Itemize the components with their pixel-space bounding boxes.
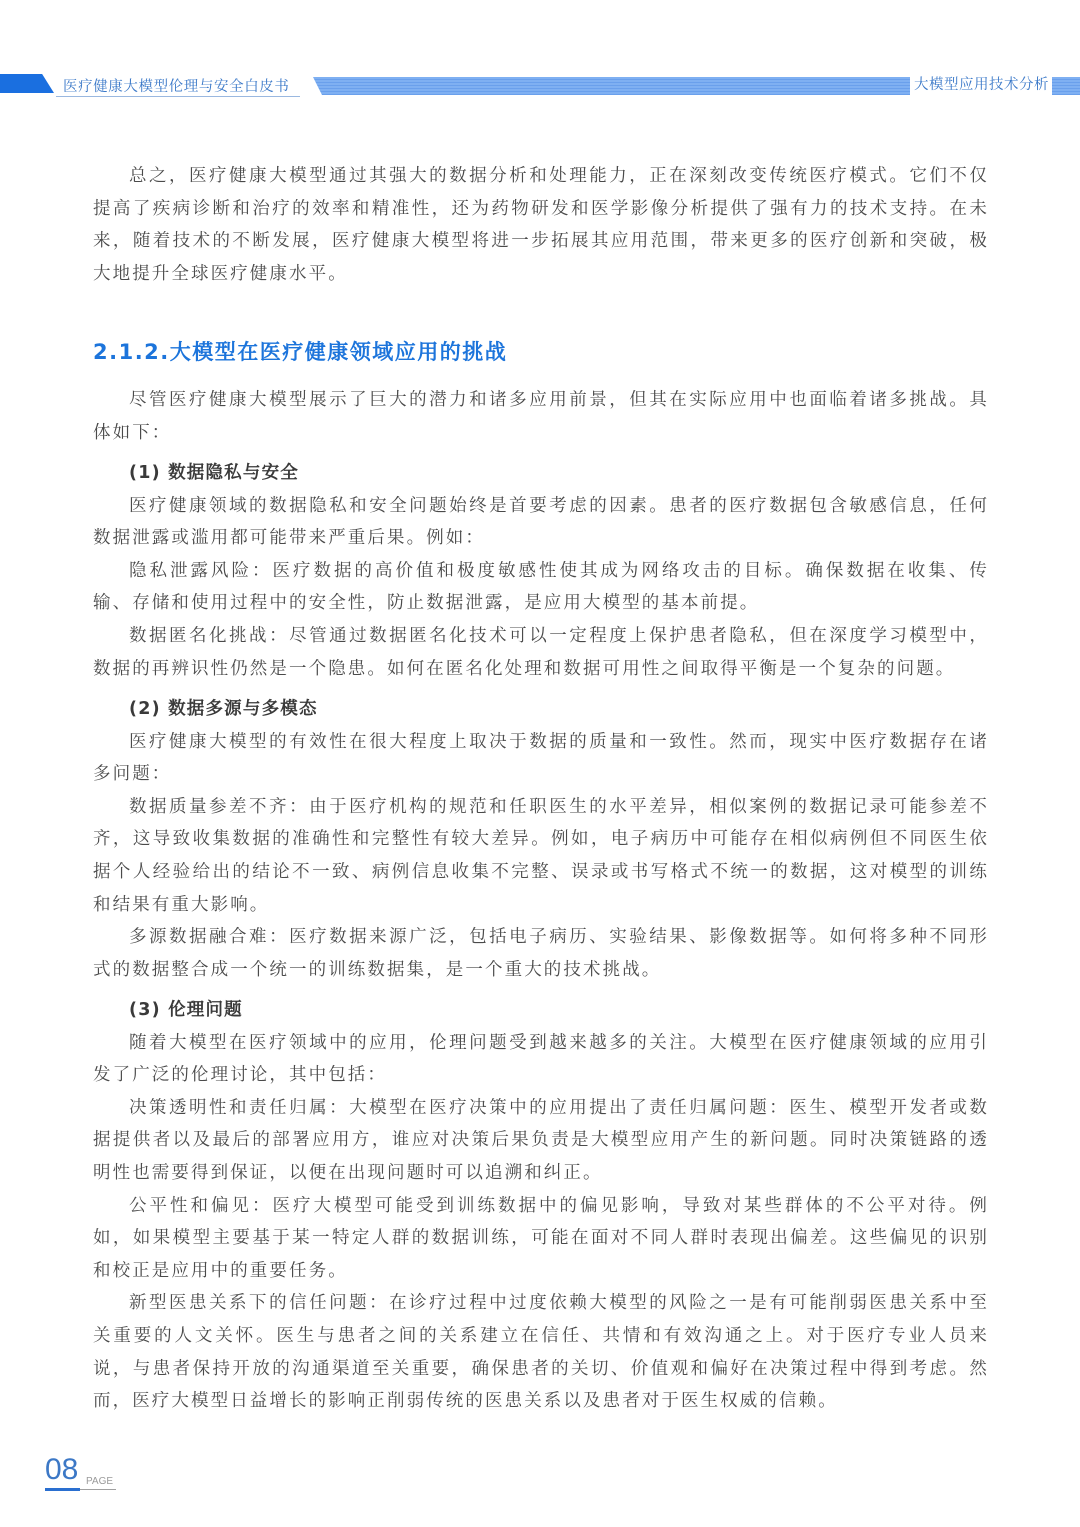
footer-underline-accent: [45, 1488, 80, 1491]
section-intro-paragraph: 尽管医疗健康大模型展示了巨大的潜力和诸多应用前景，但其在实际应用中也面临着诸多挑…: [93, 384, 989, 449]
body-paragraph: 公平性和偏见：医疗大模型可能受到训练数据中的偏见影响，导致对某些群体的不公平对待…: [93, 1190, 989, 1288]
body-paragraph: 多源数据融合难：医疗数据来源广泛，包括电子病历、实验结果、影像数据等。如何将多种…: [93, 921, 989, 986]
page-label: PAGE: [86, 1476, 113, 1487]
subsection-ethics: (3) 伦理问题 随着大模型在医疗领域中的应用，伦理问题受到越来越多的关注。大模…: [93, 994, 989, 1418]
intro-block: 总之，医疗健康大模型通过其强大的数据分析和处理能力，正在深刻改变传统医疗模式。它…: [93, 160, 989, 290]
body-paragraph: 医疗健康领域的数据隐私和安全问题始终是首要考虑的因素。患者的医疗数据包含敏感信息…: [93, 490, 989, 555]
body-paragraph: 隐私泄露风险：医疗数据的高价值和极度敏感性使其成为网络攻击的目标。确保数据在收集…: [93, 555, 989, 620]
page-header: 医疗健康大模型伦理与安全白皮书 大模型应用技术分析: [0, 72, 1080, 102]
intro-paragraph: 总之，医疗健康大模型通过其强大的数据分析和处理能力，正在深刻改变传统医疗模式。它…: [93, 160, 989, 290]
section-heading: 2.1.2.大模型在医疗健康领域应用的挑战: [93, 336, 507, 366]
body-paragraph: 决策透明性和责任归属：大模型在医疗决策中的应用提出了责任归属问题：医生、模型开发…: [93, 1092, 989, 1190]
document-title: 医疗健康大模型伦理与安全白皮书: [63, 75, 290, 96]
subsection-heading: (2) 数据多源与多模态: [93, 693, 989, 726]
subsection-privacy: (1) 数据隐私与安全 医疗健康领域的数据隐私和安全问题始终是首要考虑的因素。患…: [93, 457, 989, 685]
body-paragraph: 新型医患关系下的信任问题：在诊疗过程中过度依赖大模型的风险之一是有可能削弱医患关…: [93, 1287, 989, 1417]
header-underline: [56, 96, 300, 97]
subsection-multisource: (2) 数据多源与多模态 医疗健康大模型的有效性在很大程度上取决于数据的质量和一…: [93, 693, 989, 986]
subsection-heading: (1) 数据隐私与安全: [93, 457, 989, 490]
body-paragraph: 数据质量参差不齐：由于医疗机构的规范和任职医生的水平差异，相似案例的数据记录可能…: [93, 791, 989, 921]
body-paragraph: 数据匿名化挑战：尽管通过数据匿名化技术可以一定程度上保护患者隐私，但在深度学习模…: [93, 620, 989, 685]
footer-underline: [80, 1489, 116, 1490]
chapter-title: 大模型应用技术分析: [910, 76, 1052, 95]
body-paragraph: 医疗健康大模型的有效性在很大程度上取决于数据的质量和一致性。然而，现实中医疗数据…: [93, 726, 989, 791]
subsection-heading: (3) 伦理问题: [93, 994, 989, 1027]
page-number: 08: [45, 1453, 78, 1487]
section-intro-block: 尽管医疗健康大模型展示了巨大的潜力和诸多应用前景，但其在实际应用中也面临着诸多挑…: [93, 384, 989, 449]
header-accent-block: [0, 74, 54, 93]
body-paragraph: 随着大模型在医疗领域中的应用，伦理问题受到越来越多的关注。大模型在医疗健康领域的…: [93, 1027, 989, 1092]
